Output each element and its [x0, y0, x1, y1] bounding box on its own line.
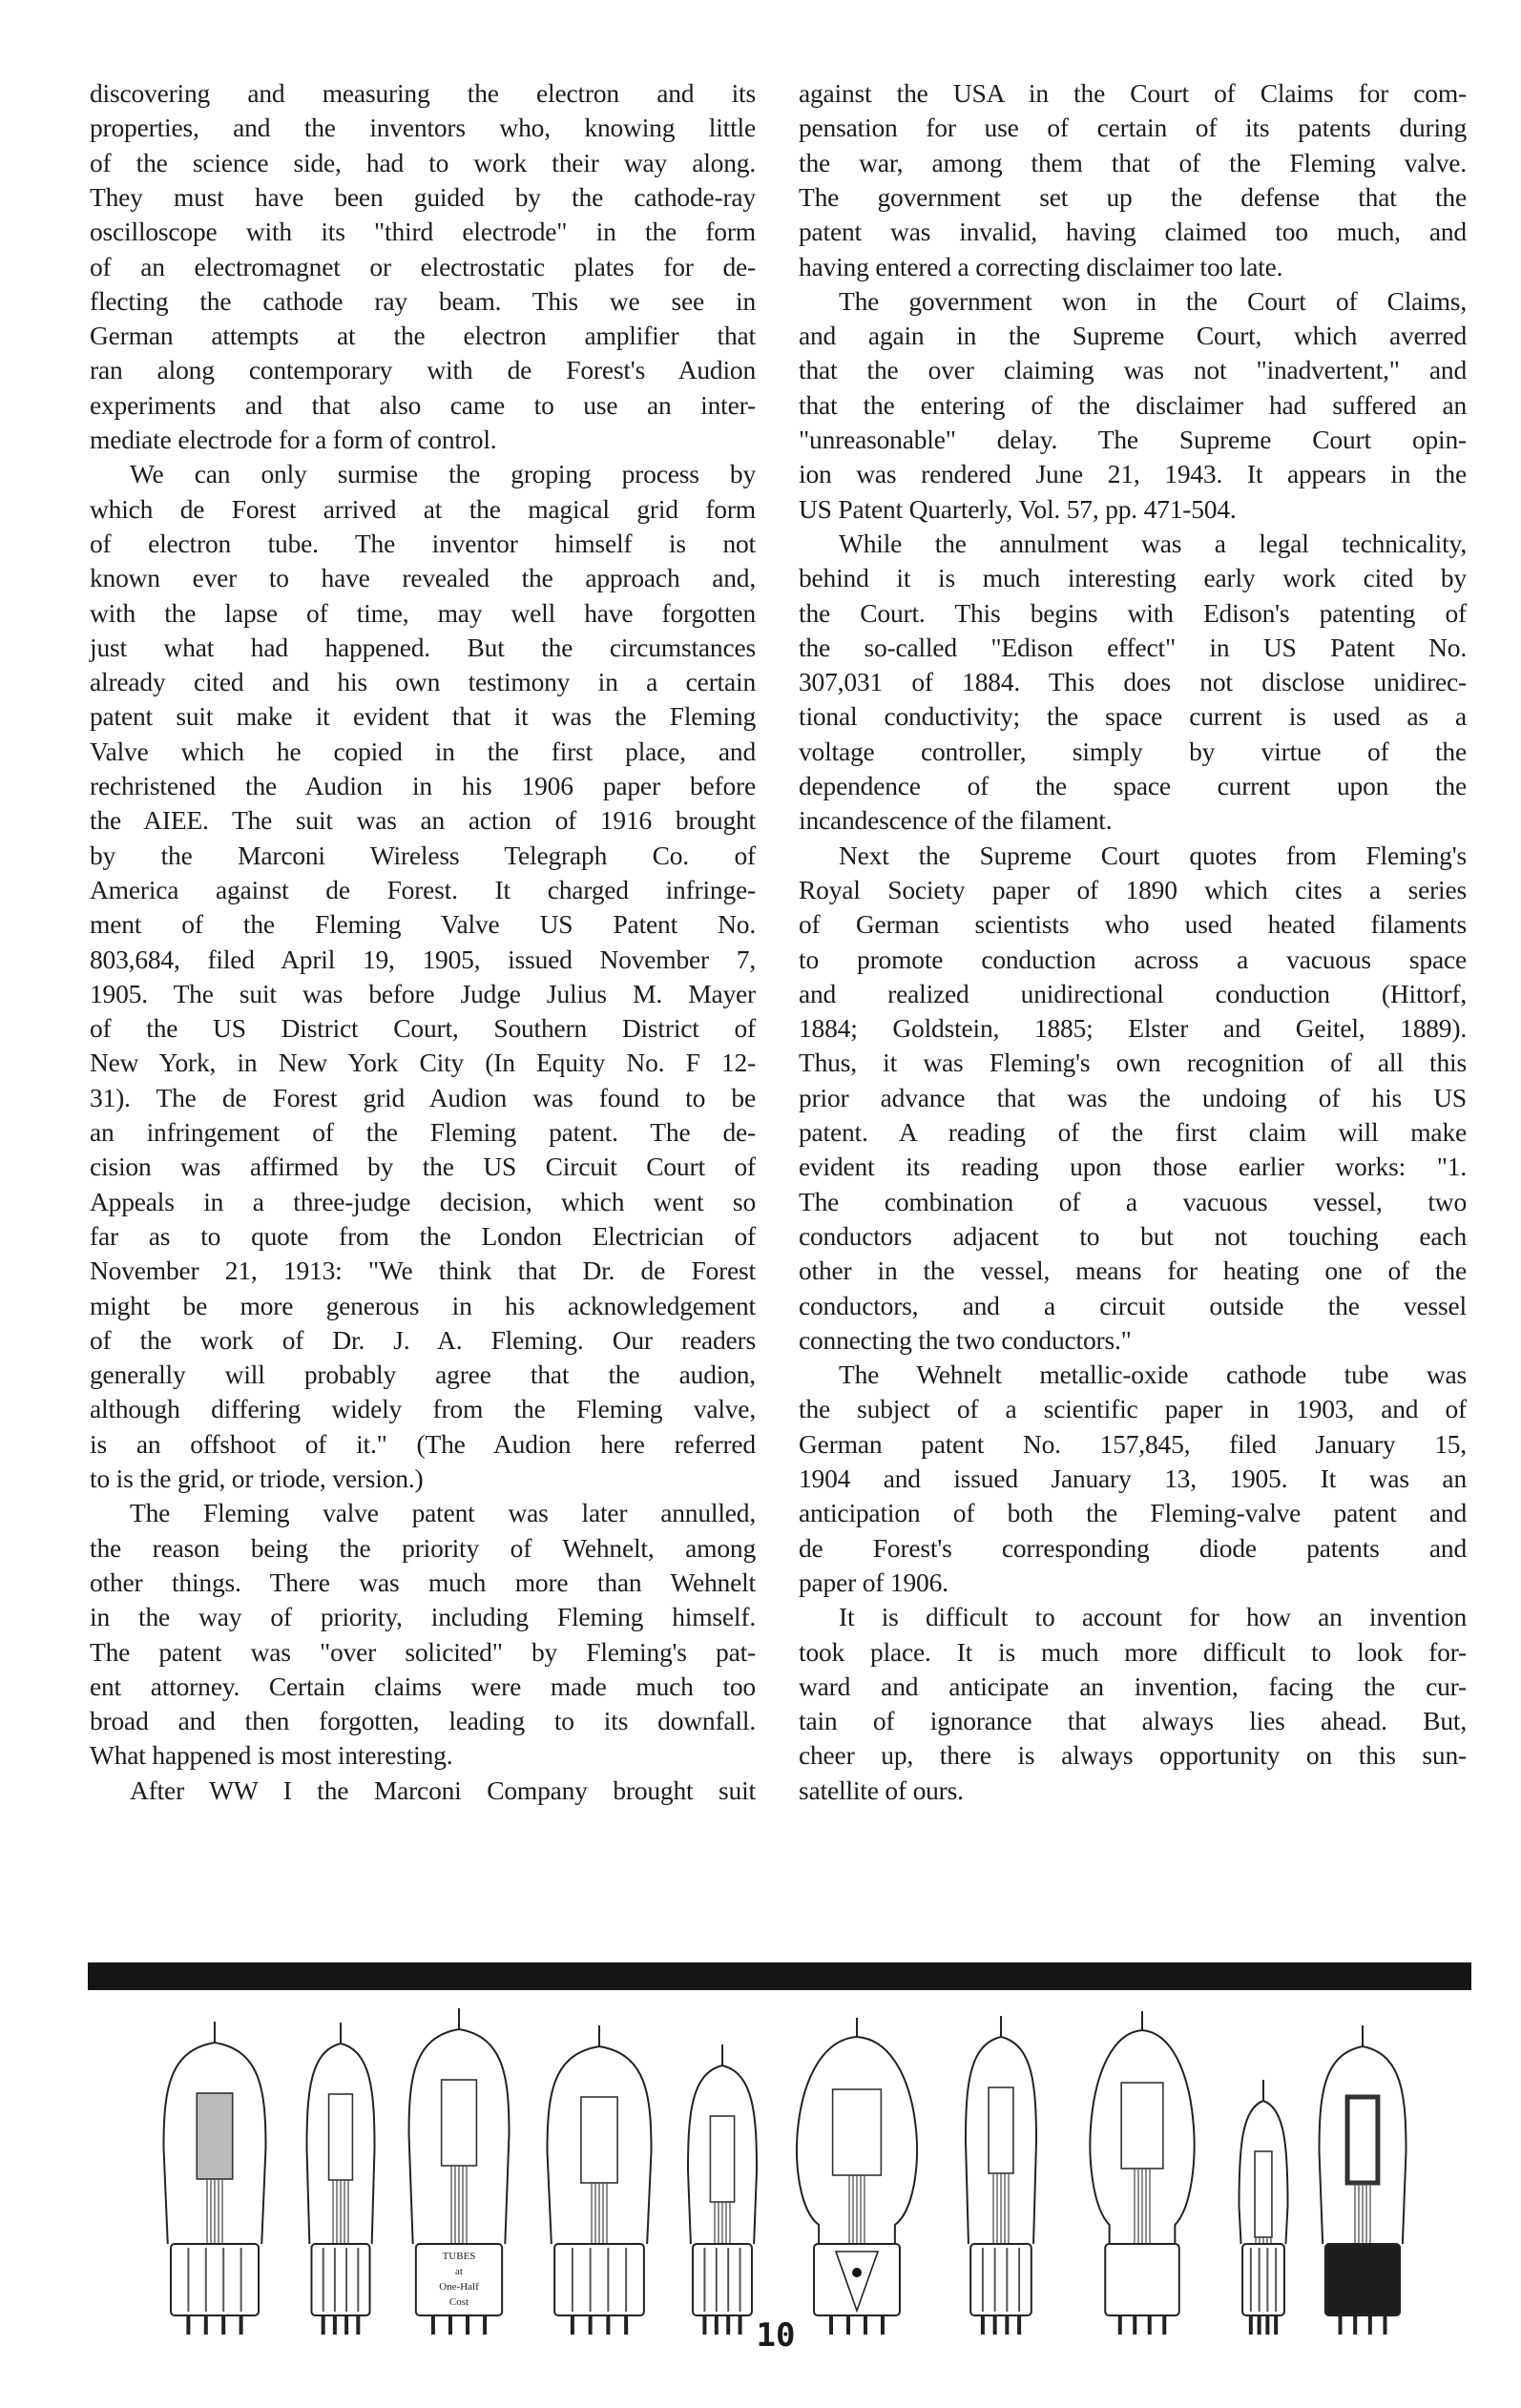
- text-line: ward and anticipate an invention, facing…: [799, 1670, 1467, 1704]
- decorative-black-rule-bar: [88, 1962, 1471, 1990]
- text-line: Valve which he copied in the first place…: [90, 735, 756, 769]
- text-line: of the science side, had to work their w…: [90, 146, 756, 180]
- tube-6-round-globe-triangle-base-icon: [797, 2018, 917, 2335]
- text-line: the Court. This begins with Edison's pat…: [799, 596, 1467, 631]
- text-line: is an offshoot of it." (The Audion here …: [90, 1427, 756, 1462]
- text-line: ent attorney. Certain claims were made m…: [90, 1670, 756, 1704]
- text-line: ion was rendered June 21, 1943. It appea…: [799, 457, 1467, 491]
- svg-text:Cost: Cost: [449, 2296, 469, 2308]
- text-line: that the over claiming was not "inadvert…: [799, 353, 1467, 387]
- text-line: other things. There was much more than W…: [90, 1566, 756, 1600]
- text-line: German patent No. 157,845, filed January…: [799, 1427, 1467, 1462]
- text-line: that the entering of the disclaimer had …: [799, 388, 1467, 423]
- tube-9-small-tubular-icon: [1240, 2080, 1288, 2335]
- document-page: discovering and measuring the electron a…: [0, 0, 1521, 2408]
- text-line: the subject of a scientific paper in 190…: [799, 1392, 1467, 1426]
- text-line: voltage controller, simply by virtue of …: [799, 735, 1467, 769]
- text-line: 31). The de Forest grid Audion was found…: [90, 1081, 756, 1115]
- text-line: ment of the Fleming Valve US Patent No.: [90, 907, 756, 942]
- text-line: oscilloscope with its "third electrode" …: [90, 215, 756, 249]
- svg-text:at: at: [455, 2266, 463, 2277]
- text-line: prior advance that was the undoing of hi…: [799, 1081, 1467, 1115]
- text-line: 1905. The suit was before Judge Julius M…: [90, 977, 756, 1011]
- text-line: generally will probably agree that the a…: [90, 1358, 756, 1392]
- text-line: having entered a correcting disclaimer t…: [799, 250, 1467, 284]
- text-line: They must have been guided by the cathod…: [90, 180, 756, 215]
- text-line: Appeals in a three-judge decision, which…: [90, 1185, 756, 1219]
- text-line: conductors, and a circuit outside the ve…: [799, 1289, 1467, 1323]
- text-line: 1884; Goldstein, 1885; Elster and Geitel…: [799, 1011, 1467, 1046]
- page-number: 10: [0, 2316, 1521, 2355]
- text-line: The Fleming valve patent was later annul…: [130, 1496, 756, 1530]
- text-line: The Wehnelt metallic-oxide cathode tube …: [839, 1358, 1467, 1392]
- text-line: to is the grid, or triode, version.): [90, 1462, 756, 1496]
- text-line: anticipation of both the Fleming-valve p…: [799, 1496, 1467, 1530]
- text-line: "unreasonable" delay. The Supreme Court …: [799, 423, 1467, 457]
- text-line: While the annulment was a legal technica…: [839, 527, 1467, 561]
- text-line: rechristened the Audion in his 1906 pape…: [90, 769, 756, 803]
- text-line: de Forest's corresponding diode patents …: [799, 1531, 1467, 1566]
- text-line: dependence of the space current upon the: [799, 769, 1467, 803]
- text-line: paper of 1906.: [799, 1566, 1467, 1600]
- tube-10-globe-dark-base-icon: [1320, 2025, 1406, 2335]
- text-line: The patent was "over solicited" by Flemi…: [90, 1635, 756, 1670]
- text-line: tional conductivity; the space current i…: [799, 699, 1467, 734]
- text-line: flecting the cathode ray beam. This we s…: [90, 284, 756, 319]
- tube-8-round-globe-grid-icon: [1090, 2011, 1194, 2335]
- text-line: of the US District Court, Southern Distr…: [90, 1011, 756, 1046]
- text-line: to promote conduction across a vacuous s…: [799, 943, 1467, 977]
- svg-text:TUBES: TUBES: [443, 2251, 476, 2262]
- text-line: of the work of Dr. J. A. Fleming. Our re…: [90, 1323, 756, 1358]
- text-line: already cited and his own testimony in a…: [90, 665, 756, 699]
- text-line: patent was invalid, having claimed too m…: [799, 215, 1467, 249]
- tube-1-globe-label-base-icon: [164, 2022, 266, 2335]
- text-line: of electron tube. The inventor himself i…: [90, 527, 756, 561]
- text-line: the war, among them that of the Fleming …: [799, 146, 1467, 180]
- text-line: satellite of ours.: [799, 1774, 1467, 1808]
- text-line: cision was affirmed by the US Circuit Co…: [90, 1150, 756, 1184]
- svg-text:One-Half: One-Half: [439, 2281, 479, 2293]
- text-line: patent suit make it evident that it was …: [90, 699, 756, 734]
- text-line: the so-called "Edison effect" in US Pate…: [799, 631, 1467, 665]
- text-line: of an electromagnet or electrostatic pla…: [90, 250, 756, 284]
- text-line: and realized unidirectional conduction (…: [799, 977, 1467, 1011]
- text-line: The combination of a vacuous vessel, two: [799, 1185, 1467, 1219]
- text-line: evident its reading upon those earlier w…: [799, 1150, 1467, 1184]
- text-line: behind it is much interesting early work…: [799, 561, 1467, 595]
- text-line: November 21, 1913: "We think that Dr. de…: [90, 1254, 756, 1288]
- text-line: of German scientists who used heated fil…: [799, 907, 1467, 942]
- tube-4-globe-icon: [548, 2025, 652, 2335]
- text-line: The government won in the Court of Claim…: [839, 284, 1467, 319]
- text-line: just what had happened. But the circumst…: [90, 631, 756, 665]
- text-line: US Patent Quarterly, Vol. 57, pp. 471-50…: [799, 492, 1467, 527]
- text-line: broad and then forgotten, leading to its…: [90, 1704, 756, 1738]
- text-line: might be more generous in his acknowledg…: [90, 1289, 756, 1323]
- text-line: discovering and measuring the electron a…: [90, 76, 756, 111]
- text-line: Royal Society paper of 1890 which cites …: [799, 873, 1467, 907]
- text-line: an infringement of the Fleming patent. T…: [90, 1115, 756, 1150]
- text-line: against the USA in the Court of Claims f…: [799, 76, 1467, 111]
- tube-5-tubular-short-icon: [688, 2045, 757, 2335]
- text-line: After WW I the Marconi Company brought s…: [130, 1774, 756, 1808]
- text-line: tain of ignorance that always lies ahead…: [799, 1704, 1467, 1738]
- text-line: which de Forest arrived at the magical g…: [90, 492, 756, 527]
- text-line: the reason being the priority of Wehnelt…: [90, 1531, 756, 1566]
- text-line: Next the Supreme Court quotes from Flemi…: [839, 839, 1467, 873]
- tube-3-tubes-at-one-half-cost-icon: TUBESatOne-HalfCost: [409, 2008, 510, 2335]
- text-line: We can only surmise the groping process …: [130, 457, 756, 491]
- text-line: by the Marconi Wireless Telegraph Co. of: [90, 839, 756, 873]
- text-line: although differing widely from the Flemi…: [90, 1392, 756, 1426]
- text-line: known ever to have revealed the approach…: [90, 561, 756, 595]
- text-line: 803,684, filed April 19, 1905, issued No…: [90, 943, 756, 977]
- text-line: Thus, it was Fleming's own recognition o…: [799, 1046, 1467, 1080]
- vacuum-tube-illustration: TUBESatOne-HalfCost: [0, 1999, 1521, 2352]
- text-line: the AIEE. The suit was an action of 1916…: [90, 803, 756, 838]
- text-line: took place. It is much more difficult to…: [799, 1635, 1467, 1670]
- text-line: 307,031 of 1884. This does not disclose …: [799, 665, 1467, 699]
- text-line: What happened is most interesting.: [90, 1738, 756, 1773]
- text-line: properties, and the inventors who, knowi…: [90, 111, 756, 145]
- tube-2-tubular-icon: [307, 2023, 375, 2335]
- text-line: other in the vessel, means for heating o…: [799, 1254, 1467, 1288]
- text-line: with the lapse of time, may well have fo…: [90, 596, 756, 631]
- text-line: cheer up, there is always opportunity on…: [799, 1738, 1467, 1773]
- text-line: pensation for use of certain of its pate…: [799, 111, 1467, 145]
- text-line: conductors adjacent to but not touching …: [799, 1219, 1467, 1254]
- text-line: and again in the Supreme Court, which av…: [799, 319, 1467, 353]
- text-line: ran along contemporary with de Forest's …: [90, 353, 756, 387]
- text-line: far as to quote from the London Electric…: [90, 1219, 756, 1254]
- text-line: It is difficult to account for how an in…: [839, 1600, 1467, 1634]
- text-line: mediate electrode for a form of control.: [90, 423, 756, 457]
- text-line: incandescence of the filament.: [799, 803, 1467, 838]
- text-line: connecting the two conductors.": [799, 1323, 1467, 1358]
- text-line: The government set up the defense that t…: [799, 180, 1467, 215]
- text-line: America against de Forest. It charged in…: [90, 873, 756, 907]
- text-line: patent. A reading of the first claim wil…: [799, 1115, 1467, 1150]
- text-line: German attempts at the electron amplifie…: [90, 319, 756, 353]
- text-line: New York, in New York City (In Equity No…: [90, 1046, 756, 1080]
- text-line: in the way of priority, including Flemin…: [90, 1600, 756, 1634]
- text-line: experiments and that also came to use an…: [90, 388, 756, 423]
- text-line: 1904 and issued January 13, 1905. It was…: [799, 1462, 1467, 1496]
- tube-7-tubular-icon: [966, 2016, 1036, 2335]
